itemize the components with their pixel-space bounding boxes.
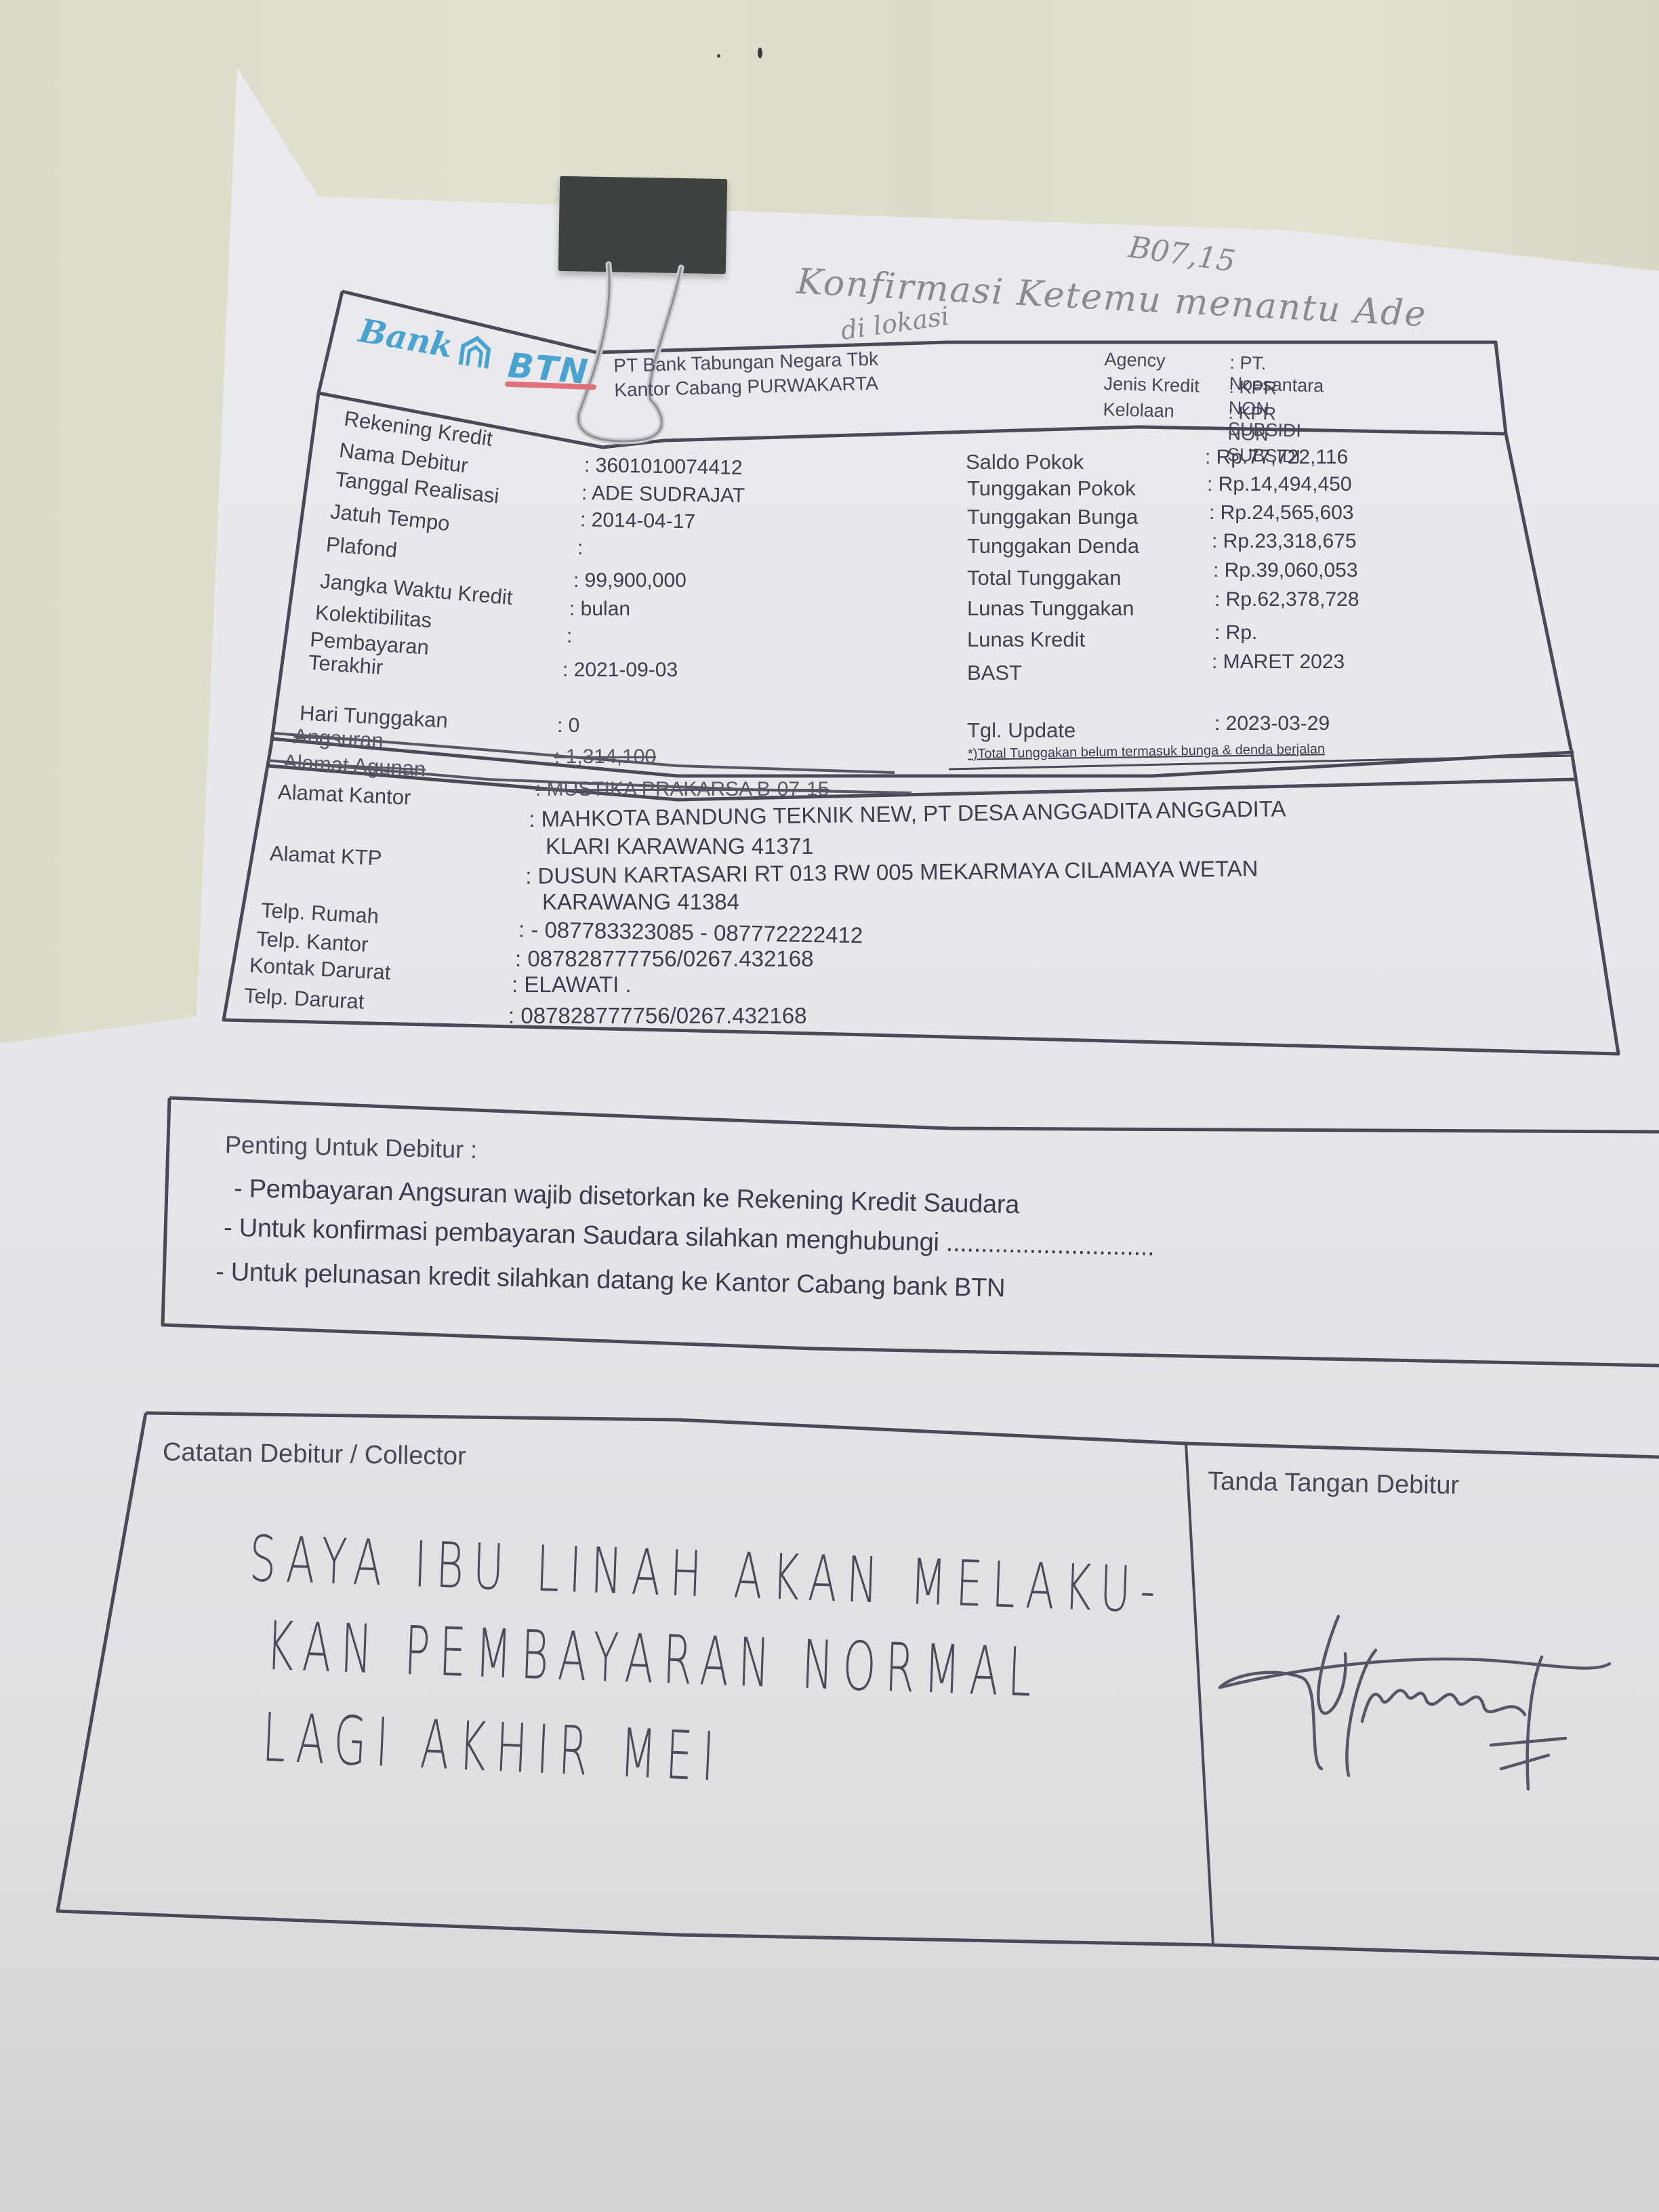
btn-collection-form: Bank BTN PT Bank Tabungan Negara Tbk Kan… xyxy=(0,0,1659,2212)
